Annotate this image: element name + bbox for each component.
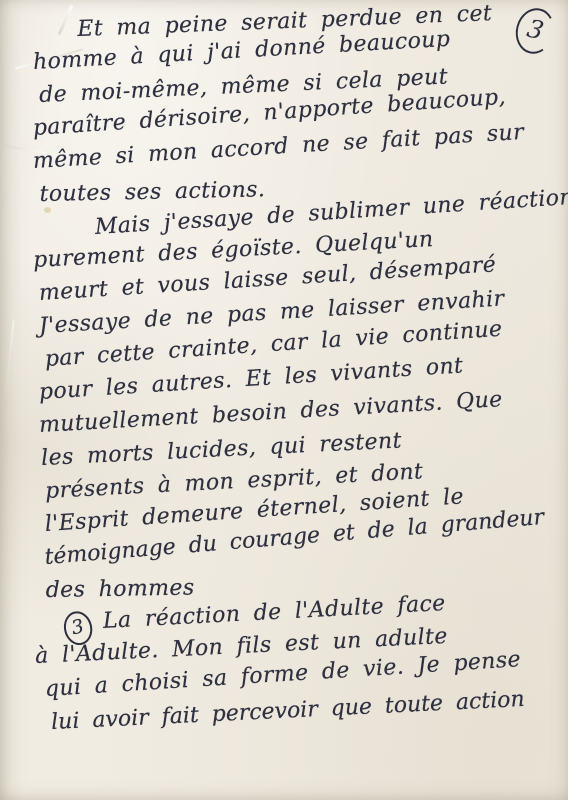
handwritten-text: des hommes (45, 575, 194, 603)
handwritten-text-block: Et ma peine serait perdue en cet homme à… (0, 13, 568, 739)
manuscript-page: 3 Et ma peine serait perdue en cet homme… (0, 0, 568, 800)
